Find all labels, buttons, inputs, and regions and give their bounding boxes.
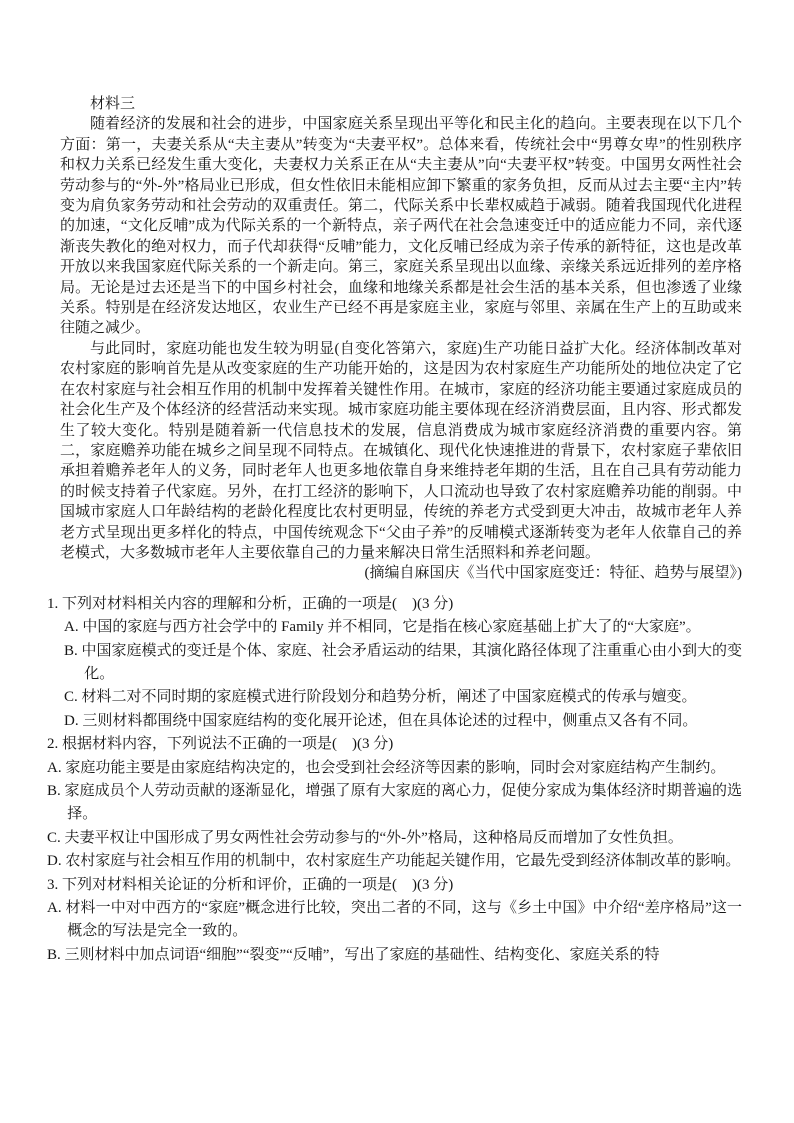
questions-section: 1. 下列对材料相关内容的理解和分析，正确的一项是( )(3 分) A. 中国的…	[47, 593, 742, 968]
exam-paper-page: 材料三 随着经济的发展和社会的进步，中国家庭关系呈现出平等化和民主化的趋向。主要…	[0, 0, 794, 1123]
question-2-option-a: A. 家庭功能主要是由家庭结构决定的，也会受到社会经济等因素的影响，同时会对家庭…	[47, 757, 742, 780]
question-1-option-c: C. 材料二对不同时期的家庭模式进行阶段划分和趋势分析，阐述了中国家庭模式的传承…	[64, 686, 742, 709]
question-3-option-b: B. 三则材料中加点词语“细胞”“裂变”“反哺”，写出了家庭的基础性、结构变化、…	[47, 944, 742, 967]
question-1-option-d: D. 三则材料都围绕中国家庭结构的变化展开论述，但在具体论述的过程中，侧重点又各…	[64, 710, 742, 733]
material-label: 材料三	[60, 94, 742, 114]
question-3: 3. 下列对材料相关论证的分析和评价，正确的一项是( )(3 分) A. 材料一…	[47, 874, 742, 968]
question-1-stem: 1. 下列对材料相关内容的理解和分析，正确的一项是( )(3 分)	[47, 593, 742, 616]
question-1-option-b: B. 中国家庭模式的变迁是个体、家庭、社会矛盾运动的结果，其演化路径体现了注重重…	[64, 640, 742, 687]
question-1-option-a: A. 中国的家庭与西方社会学中的 Family 并不相同，它是指在核心家庭基础上…	[64, 616, 742, 639]
question-2-option-c: C. 夫妻平权让中国形成了男女两性社会劳动参与的“外-外”格局，这种格局反而增加…	[47, 827, 742, 850]
question-2-option-b: B. 家庭成员个人劳动贡献的逐渐显化，增强了原有大家庭的离心力，促使分家成为集体…	[47, 780, 742, 827]
page-content: 材料三 随着经济的发展和社会的进步，中国家庭关系呈现出平等化和民主化的趋向。主要…	[60, 94, 742, 967]
question-3-option-a: A. 材料一中对中西方的“家庭”概念进行比较，突出二者的不同，这与《乡土中国》中…	[47, 897, 742, 944]
material-paragraph-2: 与此同时，家庭功能也发生较为明显(自变化答第六，家庭)生产功能日益扩大化。经济体…	[60, 339, 742, 563]
question-1: 1. 下列对材料相关内容的理解和分析，正确的一项是( )(3 分) A. 中国的…	[47, 593, 742, 733]
question-3-stem: 3. 下列对材料相关论证的分析和评价，正确的一项是( )(3 分)	[47, 874, 742, 897]
question-2-option-d: D. 农村家庭与社会相互作用的机制中，农村家庭生产功能起关键作用，它最先受到经济…	[47, 850, 742, 873]
question-2-stem: 2. 根据材料内容，下列说法不正确的一项是( )(3 分)	[47, 733, 742, 756]
question-2: 2. 根据材料内容，下列说法不正确的一项是( )(3 分) A. 家庭功能主要是…	[47, 733, 742, 873]
material-paragraph-1: 随着经济的发展和社会的进步，中国家庭关系呈现出平等化和民主化的趋向。主要表现在以…	[60, 114, 742, 338]
source-attribution: (摘编自麻国庆《当代中国家庭变迁：特征、趋势与展望》)	[60, 563, 742, 583]
